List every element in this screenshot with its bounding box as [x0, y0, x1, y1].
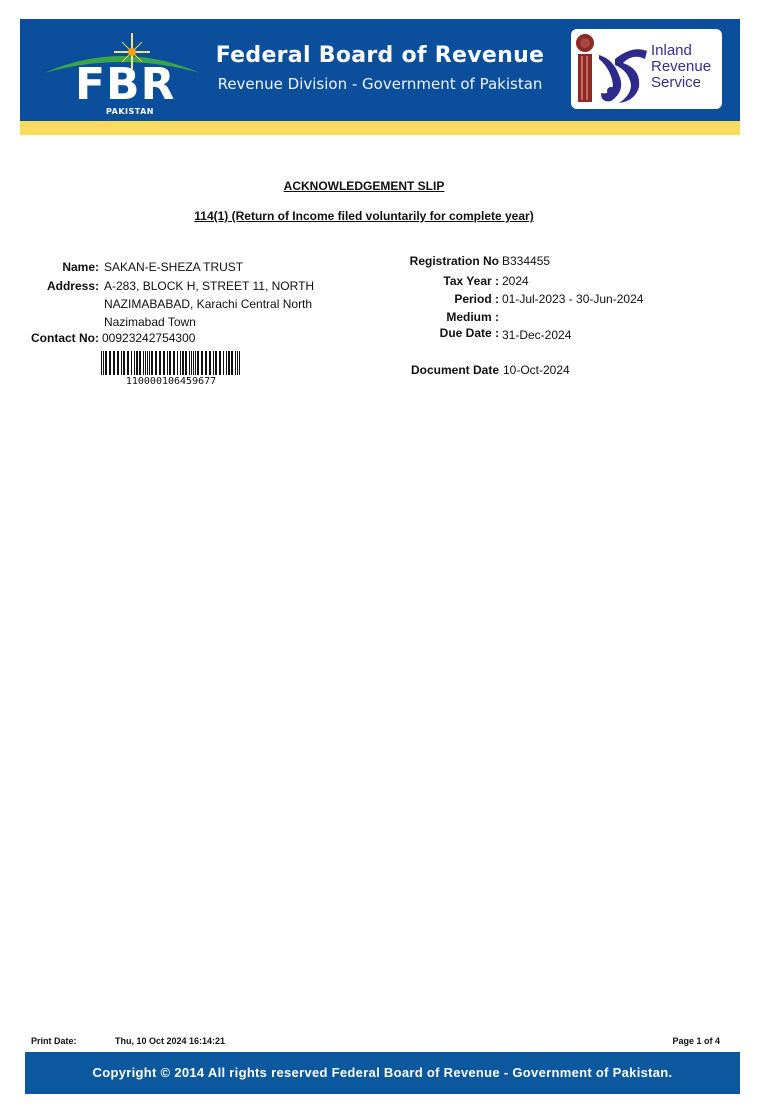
print-date-value: Thu, 10 Oct 2024 16:14:21 — [115, 1036, 225, 1046]
irs-emblem-icon — [571, 29, 651, 109]
banner-subtitle: Revenue Division - Government of Pakista… — [210, 75, 550, 93]
contact-label: Contact No: — [10, 331, 99, 345]
name-label: Name: — [20, 260, 99, 274]
document-date-label: Document Date — [380, 363, 499, 377]
irs-logo-text: Inland Revenue Service — [651, 43, 711, 91]
document-title: ACKNOWLEDGEMENT SLIP — [0, 179, 728, 193]
document-subtitle: 114(1) (Return of Income filed voluntari… — [0, 209, 728, 223]
name-value: SAKAN-E-SHEZA TRUST — [104, 258, 243, 276]
header-banner: FBR PAKISTAN Federal Board of Revenue Re… — [20, 19, 740, 121]
header-stripe — [20, 121, 740, 135]
contact-value: 00923242754300 — [102, 329, 195, 347]
document-date-value: 10-Oct-2024 — [503, 361, 570, 379]
registration-value: B334455 — [502, 252, 550, 270]
barcode — [100, 351, 242, 375]
page-indicator: Page 1 of 4 — [672, 1036, 720, 1046]
period-label: Period : — [380, 292, 499, 306]
address-label: Address: — [20, 279, 99, 293]
due-date-value: 31-Dec-2024 — [502, 326, 571, 344]
fbr-logo-text: FBR — [75, 63, 175, 107]
due-date-label: Due Date : — [380, 326, 499, 340]
irs-logo: Inland Revenue Service — [571, 29, 722, 109]
print-date-label: Print Date: — [31, 1036, 77, 1046]
period-value: 01-Jul-2023 - 30-Jun-2024 — [502, 290, 643, 308]
fbr-logo: FBR PAKISTAN — [42, 29, 202, 119]
address-value: A-283, BLOCK H, STREET 11, NORTH NAZIMAB… — [104, 277, 314, 331]
barcode-number: 110000106459677 — [100, 376, 242, 387]
tax-year-value: 2024 — [502, 272, 529, 290]
footer-bar: Copyright © 2014 All rights reserved Fed… — [25, 1052, 740, 1094]
registration-label: Registration No — [380, 254, 499, 268]
fbr-logo-subtext: PAKISTAN — [106, 107, 154, 116]
banner-title: Federal Board of Revenue — [210, 43, 550, 68]
medium-label: Medium : — [380, 310, 499, 324]
copyright-text: Copyright © 2014 All rights reserved Fed… — [25, 1065, 740, 1080]
tax-year-label: Tax Year : — [380, 274, 499, 288]
